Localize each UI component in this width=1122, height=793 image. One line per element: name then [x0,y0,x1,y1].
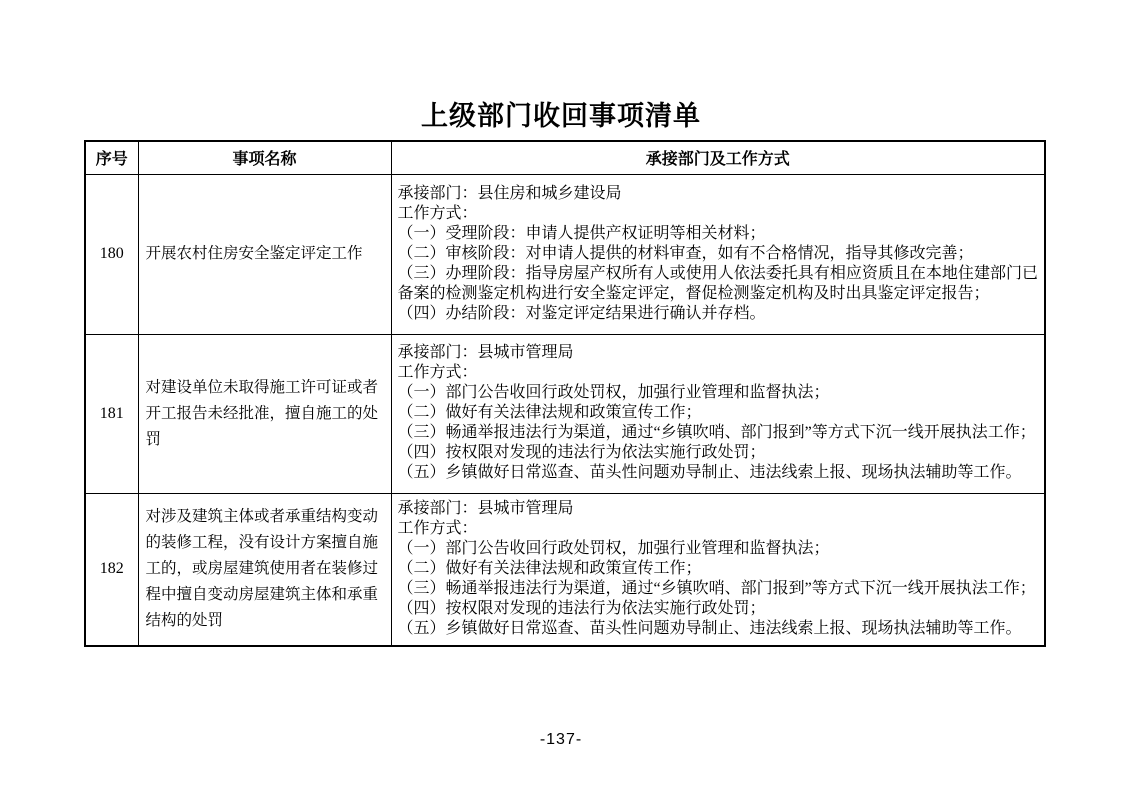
page-number: -137- [0,731,1122,749]
header-department-method: 承接部门及工作方式 [391,141,1045,174]
item-name-cell: 对涉及建筑主体或者承重结构变动的装修工程，没有设计方案擅自施工的，或房屋建筑使用… [138,493,391,646]
department-line: 承接部门：县城市管理局 [398,499,1039,519]
document-page: 上级部门收回事项清单 序号 事项名称 承接部门及工作方式 180 开展农村住房安… [0,0,1122,793]
work-method-steps: （一）部门公告收回行政处罚权，加强行业管理和监督执法； （二）做好有关法律法规和… [398,383,1039,483]
header-item-name: 事项名称 [138,141,391,174]
row-index-cell: 180 [85,174,138,334]
work-method-steps: （一）部门公告收回行政处罚权，加强行业管理和监督执法； （二）做好有关法律法规和… [398,539,1039,639]
table-row: 181 对建设单位未取得施工许可证或者开工报告未经批准，擅自施工的处罚 承接部门… [85,334,1045,493]
item-name-cell: 对建设单位未取得施工许可证或者开工报告未经批准，擅自施工的处罚 [138,334,391,493]
table-row: 182 对涉及建筑主体或者承重结构变动的装修工程，没有设计方案擅自施工的，或房屋… [85,493,1045,646]
department-method-cell: 承接部门：县城市管理局 工作方式： （一）部门公告收回行政处罚权，加强行业管理和… [391,334,1045,493]
department-method-cell: 承接部门：县住房和城乡建设局 工作方式： （一）受理阶段：申请人提供产权证明等相… [391,174,1045,334]
page-title: 上级部门收回事项清单 [0,94,1122,133]
header-index: 序号 [85,141,138,174]
work-method-label: 工作方式： [398,363,1039,383]
table-header-row: 序号 事项名称 承接部门及工作方式 [85,141,1045,174]
row-index-cell: 182 [85,493,138,646]
table-row: 180 开展农村住房安全鉴定评定工作 承接部门：县住房和城乡建设局 工作方式： … [85,174,1045,334]
work-method-steps: （一）受理阶段：申请人提供产权证明等相关材料； （二）审核阶段：对申请人提供的材… [398,224,1039,324]
work-method-label: 工作方式： [398,204,1039,224]
department-method-cell: 承接部门：县城市管理局 工作方式： （一）部门公告收回行政处罚权，加强行业管理和… [391,493,1045,646]
department-line: 承接部门：县住房和城乡建设局 [398,184,1039,204]
work-method-label: 工作方式： [398,519,1039,539]
department-line: 承接部门：县城市管理局 [398,343,1039,363]
row-index-cell: 181 [85,334,138,493]
items-table: 序号 事项名称 承接部门及工作方式 180 开展农村住房安全鉴定评定工作 承接部… [84,140,1046,647]
item-name-cell: 开展农村住房安全鉴定评定工作 [138,174,391,334]
